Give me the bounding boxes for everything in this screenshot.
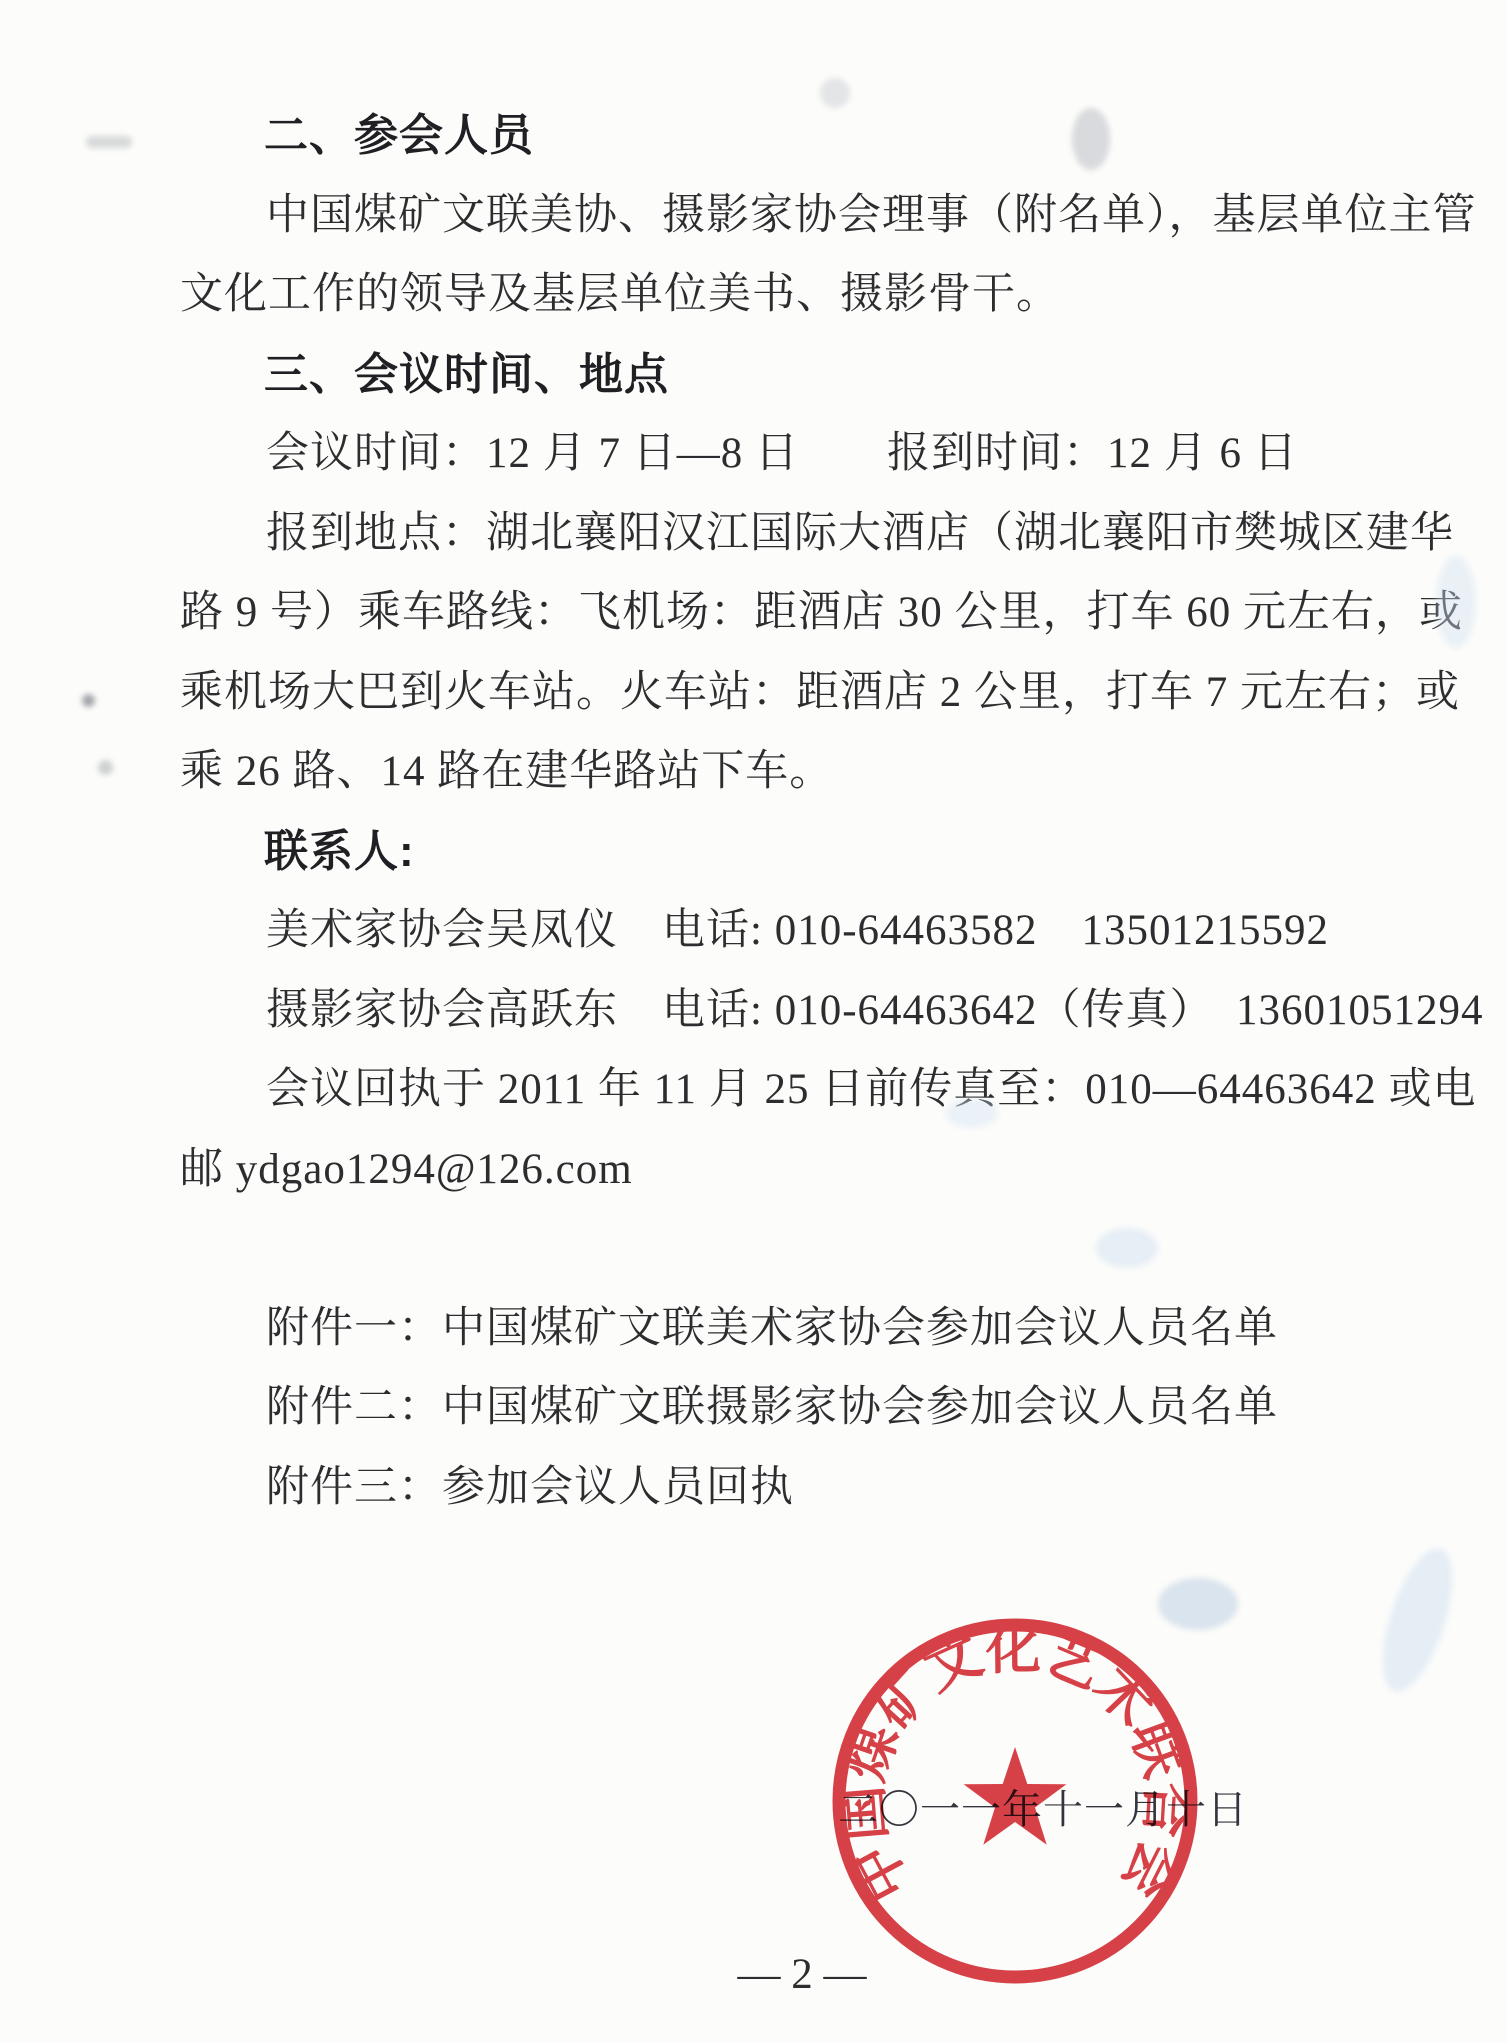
paragraph-line: 乘 26 路、14 路在建华路站下车。 [180, 732, 1440, 812]
reply-fax-line: 会议回执于 2011 年 11 月 25 日前传真至：010—64463642 … [180, 1050, 1440, 1130]
email-line: 邮 ydgao1294@126.com [180, 1130, 1440, 1210]
attachment-1-line: 附件一：中国煤矿文联美术家协会参加会议人员名单 [180, 1289, 1440, 1369]
page-number: — 2 — [717, 1950, 887, 1999]
official-seal: 中国煤矿文化艺术联合会 [820, 1606, 1210, 1996]
paragraph-line: 路 9 号）乘车路线：飞机场：距酒店 30 公里，打车 60 元左右，或 [180, 573, 1440, 653]
scan-artifact [86, 136, 132, 148]
scan-artifact [820, 78, 850, 108]
attachment-3-line: 附件三：参加会议人员回执 [180, 1448, 1440, 1528]
star-icon [964, 1747, 1067, 1845]
contact-line-art: 美术家协会吴凤仪 电话: 010-64463582 13501215592 [180, 891, 1440, 971]
paragraph-line: 报到地点：湖北襄阳汉江国际大酒店（湖北襄阳市樊城区建华 [180, 494, 1440, 574]
scan-artifact [1368, 1540, 1467, 1700]
paragraph-line: 文化工作的领导及基层单位美书、摄影骨干。 [180, 255, 1440, 335]
scanned-document-page: 二、参会人员 中国煤矿文联美协、摄影家协会理事（附名单），基层单位主管 文化工作… [0, 0, 1507, 2043]
document-body: 二、参会人员 中国煤矿文联美协、摄影家协会理事（附名单），基层单位主管 文化工作… [180, 96, 1440, 1527]
scan-artifact [82, 694, 95, 707]
scan-artifact [1158, 1578, 1238, 1630]
paragraph-line: 中国煤矿文联美协、摄影家协会理事（附名单），基层单位主管 [180, 176, 1440, 256]
scan-artifact [1096, 1228, 1158, 1268]
scan-artifact [1436, 556, 1476, 648]
scan-artifact [946, 1098, 998, 1128]
section-heading-2: 二、参会人员 [180, 96, 1440, 176]
attachment-2-line: 附件二：中国煤矿文联摄影家协会参加会议人员名单 [180, 1368, 1440, 1448]
contacts-heading: 联系人: [180, 812, 1440, 892]
paragraph-line: 乘机场大巴到火车站。火车站：距酒店 2 公里，打车 7 元左右；或 [180, 653, 1440, 733]
section-heading-3: 三、会议时间、地点 [180, 335, 1440, 415]
blank-line [180, 1209, 1440, 1289]
meeting-time-line: 会议时间：12 月 7 日—8 日 报到时间：12 月 6 日 [180, 414, 1440, 494]
scan-artifact [98, 760, 113, 775]
scan-artifact [1072, 108, 1110, 170]
contact-line-photo: 摄影家协会高跃东 电话: 010-64463642（传真） 1360105129… [180, 971, 1440, 1051]
